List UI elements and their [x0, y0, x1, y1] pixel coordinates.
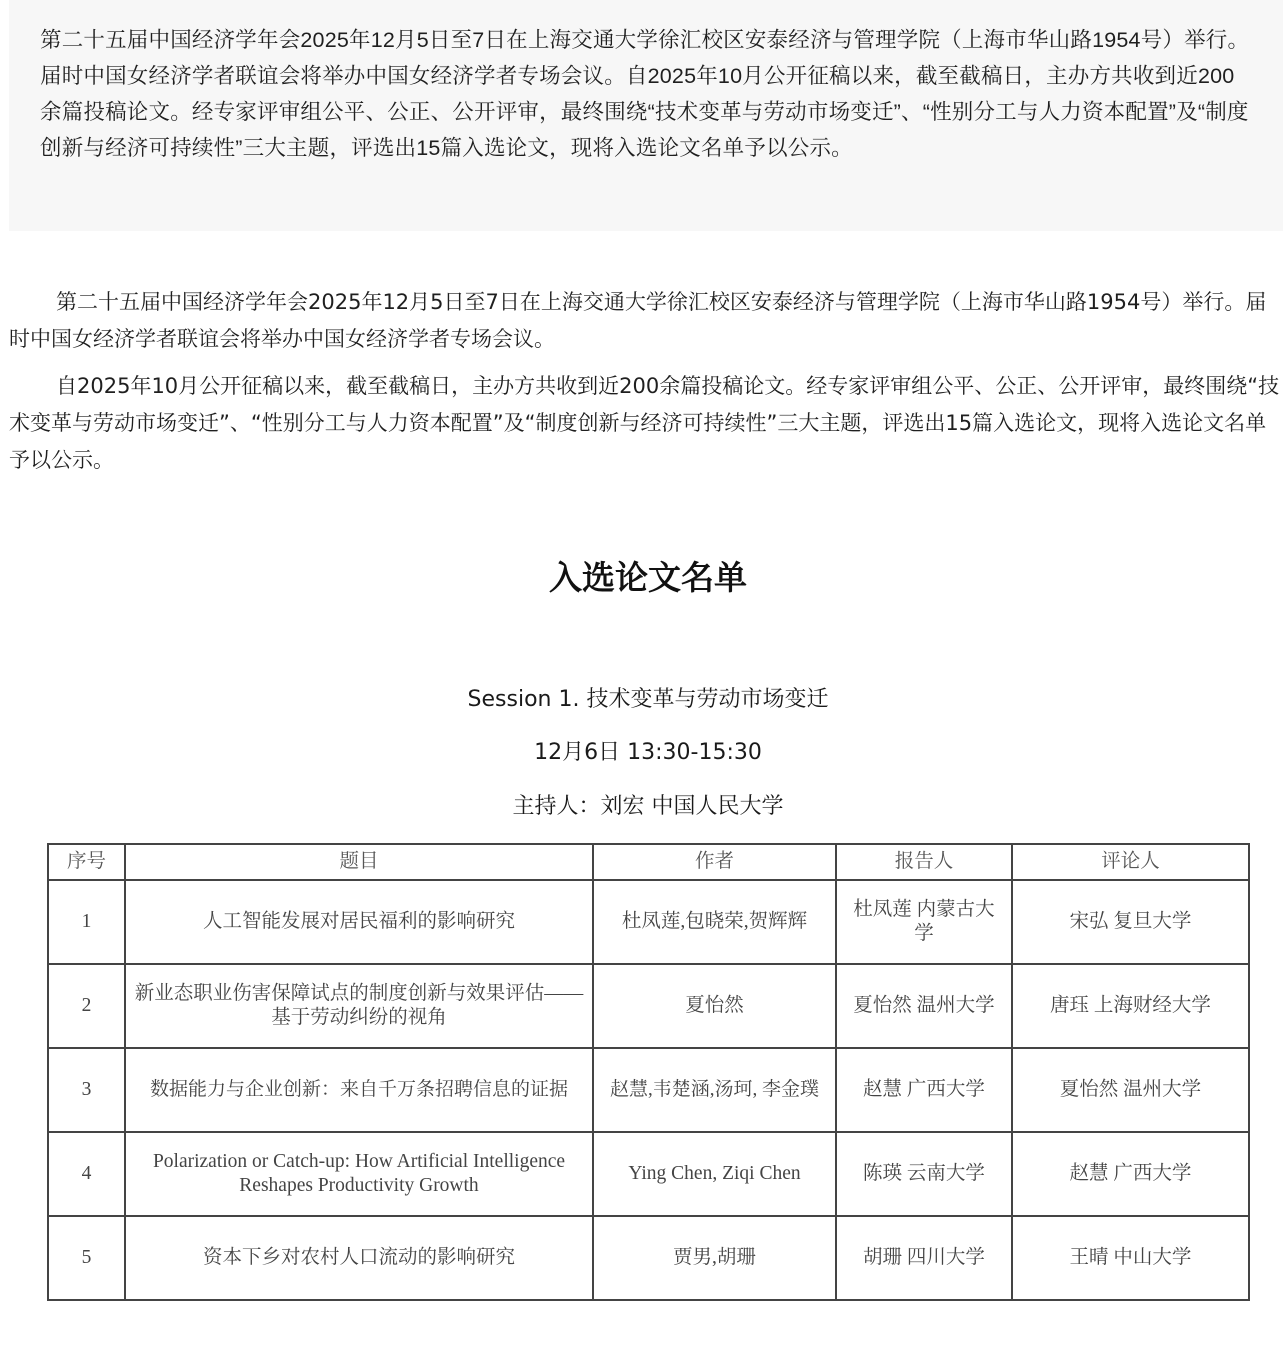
- header-discussant: 评论人: [1012, 844, 1249, 880]
- cell-index: 2: [48, 964, 125, 1048]
- cell-discussant: 王晴 中山大学: [1012, 1216, 1249, 1300]
- body-paragraph: 第二十五届中国经济学年会2025年12月5日至7日在上海交通大学徐汇校区安泰经济…: [9, 284, 1283, 358]
- summary-box: 第二十五届中国经济学年会2025年12月5日至7日在上海交通大学徐汇校区安泰经济…: [9, 0, 1283, 231]
- session-time: 12月6日 13:30-15:30: [0, 735, 1283, 766]
- papers-table: 序号 题目 作者 报告人 评论人 1 人工智能发展对居民福利的影响研究 杜凤莲,…: [47, 843, 1250, 1301]
- header-index: 序号: [48, 844, 125, 880]
- cell-presenter: 夏怡然 温州大学: [836, 964, 1012, 1048]
- cell-authors: 杜凤莲,包晓荣,贺辉辉: [593, 880, 836, 964]
- cell-title: 新业态职业伤害保障试点的制度创新与效果评估——基于劳动纠纷的视角: [125, 964, 593, 1048]
- table-row: 3 数据能力与企业创新：来自千万条招聘信息的证据 赵慧,韦楚涵,汤珂, 李金璞 …: [48, 1048, 1249, 1132]
- cell-authors: 贾男,胡珊: [593, 1216, 836, 1300]
- header-title: 题目: [125, 844, 593, 880]
- cell-title: Polarization or Catch-up: How Artificial…: [125, 1132, 593, 1216]
- cell-index: 3: [48, 1048, 125, 1132]
- cell-index: 1: [48, 880, 125, 964]
- table-row: 2 新业态职业伤害保障试点的制度创新与效果评估——基于劳动纠纷的视角 夏怡然 夏…: [48, 964, 1249, 1048]
- table-header-row: 序号 题目 作者 报告人 评论人: [48, 844, 1249, 880]
- table-row: 5 资本下乡对农村人口流动的影响研究 贾男,胡珊 胡珊 四川大学 王晴 中山大学: [48, 1216, 1249, 1300]
- cell-authors: 赵慧,韦楚涵,汤珂, 李金璞: [593, 1048, 836, 1132]
- header-authors: 作者: [593, 844, 836, 880]
- list-title: 入选论文名单: [0, 552, 1283, 599]
- cell-title: 数据能力与企业创新：来自千万条招聘信息的证据: [125, 1048, 593, 1132]
- cell-presenter: 杜凤莲 内蒙古大学: [836, 880, 1012, 964]
- cell-index: 4: [48, 1132, 125, 1216]
- session-title: Session 1. 技术变革与劳动市场变迁: [0, 682, 1283, 713]
- cell-discussant: 赵慧 广西大学: [1012, 1132, 1249, 1216]
- cell-title: 资本下乡对农村人口流动的影响研究: [125, 1216, 593, 1300]
- cell-title: 人工智能发展对居民福利的影响研究: [125, 880, 593, 964]
- body-paragraph: 自2025年10月公开征稿以来，截至截稿日，主办方共收到近200余篇投稿论文。经…: [9, 368, 1283, 479]
- summary-text: 第二十五届中国经济学年会2025年12月5日至7日在上海交通大学徐汇校区安泰经济…: [40, 22, 1255, 166]
- article-body: 第二十五届中国经济学年会2025年12月5日至7日在上海交通大学徐汇校区安泰经济…: [9, 284, 1283, 489]
- cell-presenter: 陈瑛 云南大学: [836, 1132, 1012, 1216]
- cell-discussant: 唐珏 上海财经大学: [1012, 964, 1249, 1048]
- cell-presenter: 赵慧 广西大学: [836, 1048, 1012, 1132]
- header-presenter: 报告人: [836, 844, 1012, 880]
- session-host: 主持人：刘宏 中国人民大学: [0, 789, 1283, 820]
- cell-discussant: 宋弘 复旦大学: [1012, 880, 1249, 964]
- cell-authors: 夏怡然: [593, 964, 836, 1048]
- table-row: 1 人工智能发展对居民福利的影响研究 杜凤莲,包晓荣,贺辉辉 杜凤莲 内蒙古大学…: [48, 880, 1249, 964]
- cell-presenter: 胡珊 四川大学: [836, 1216, 1012, 1300]
- cell-authors: Ying Chen, Ziqi Chen: [593, 1132, 836, 1216]
- cell-index: 5: [48, 1216, 125, 1300]
- table-row: 4 Polarization or Catch-up: How Artifici…: [48, 1132, 1249, 1216]
- cell-discussant: 夏怡然 温州大学: [1012, 1048, 1249, 1132]
